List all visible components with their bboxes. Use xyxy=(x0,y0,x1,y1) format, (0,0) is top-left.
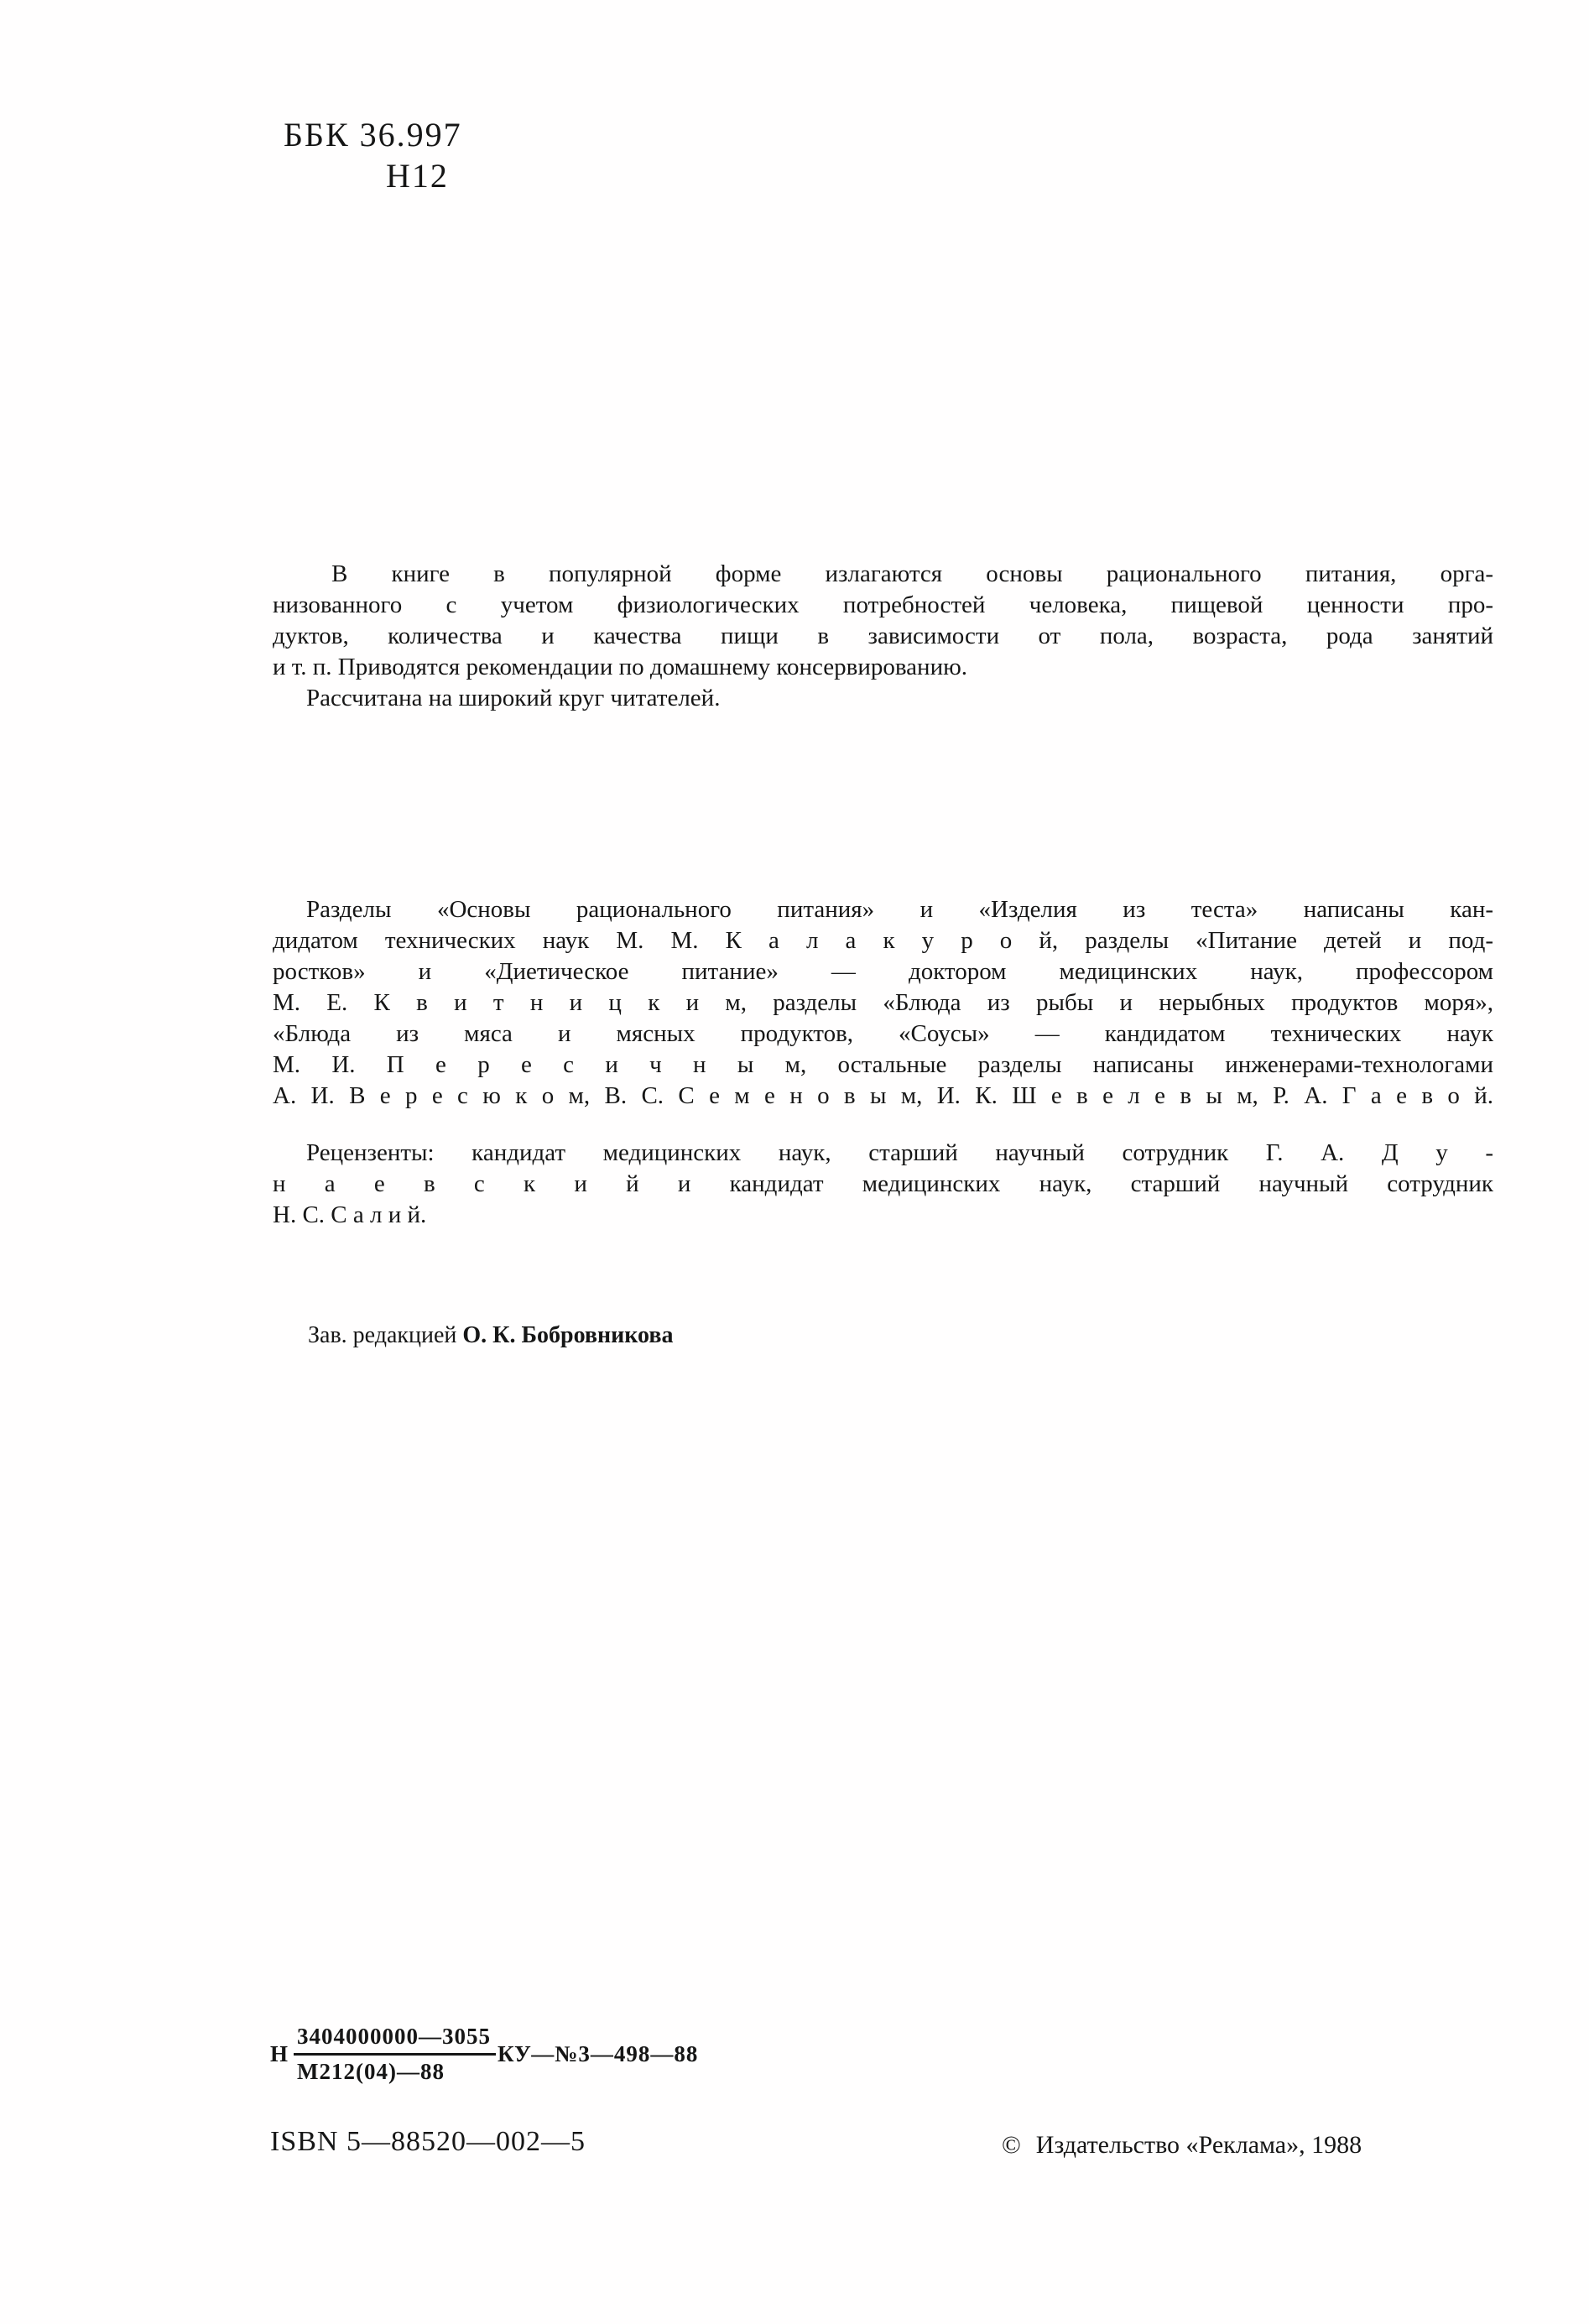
imprint-denominator: М212(04)—88 xyxy=(294,2056,450,2085)
text-line: В книге в популярной форме излагаются ос… xyxy=(273,559,1493,590)
text-line: А. И. В е р е с ю к о м, В. С. С е м е н… xyxy=(273,1081,1493,1112)
text-line: дуктов, количества и качества пищи в зав… xyxy=(273,621,1493,652)
bbk-code: ББК 36.997 xyxy=(284,114,462,155)
managing-editor-line: Зав. редакцией О. К. Бобровникова xyxy=(273,1322,673,1349)
credits-paragraph: Разделы «Основы рационального питания» и… xyxy=(273,894,1493,1112)
text-line: М. И. П е р е с и ч н ы м, остальные раз… xyxy=(273,1050,1493,1081)
copyright-icon: © xyxy=(1002,2131,1021,2160)
text-line: М. Е. К в и т н и ц к и м, разделы «Блюд… xyxy=(273,987,1493,1019)
text-line: Рецензенты: кандидат медицинских наук, с… xyxy=(273,1138,1493,1169)
text-line: низованного с учетом физиологических пот… xyxy=(273,590,1493,621)
text-line: ростков» и «Диетическое питание» — докто… xyxy=(273,956,1493,987)
catalogue-imprint-formula: Н 3404000000—3055 М212(04)—88 КУ—№3—498—… xyxy=(270,2024,698,2085)
copyright-line: © Издательство «Реклама», 1988 xyxy=(1002,2131,1362,2160)
book-imprint-page: ББК 36.997 Н12 В книге в популярной форм… xyxy=(0,0,1589,2324)
imprint-order-number: КУ—№3—498—88 xyxy=(498,2041,698,2067)
reviewers-paragraph: Рецензенты: кандидат медицинских наук, с… xyxy=(273,1138,1493,1231)
publisher-name: Издательство «Реклама», 1988 xyxy=(1036,2131,1362,2160)
isbn-line: ISBN 5—88520—002—5 xyxy=(270,2126,586,2158)
imprint-prefix: Н xyxy=(270,2041,289,2067)
editor-role-label: Зав. редакцией xyxy=(308,1322,462,1348)
text-line: и т. п. Приводятся рекомендации по домаш… xyxy=(273,652,1493,683)
text-line: Разделы «Основы рационального питания» и… xyxy=(273,894,1493,925)
editor-name: О. К. Бобровникова xyxy=(462,1322,673,1348)
imprint-numerator: 3404000000—3055 xyxy=(294,2024,496,2056)
text-line: Н. С. С а л и й. xyxy=(273,1200,1493,1231)
classification-codes: ББК 36.997 Н12 xyxy=(284,114,462,196)
text-line: Рассчитана на широкий круг читателей. xyxy=(273,683,1493,714)
text-line: дидатом технических наук М. М. К а л а к… xyxy=(273,925,1493,956)
text-line: «Блюда из мяса и мясных продуктов, «Соус… xyxy=(273,1019,1493,1050)
text-line: н а е в с к и й и кандидат медицинских н… xyxy=(273,1169,1493,1200)
annotation-paragraph: В книге в популярной форме излагаются ос… xyxy=(273,559,1493,714)
imprint-fraction: 3404000000—3055 М212(04)—88 xyxy=(294,2024,496,2085)
author-sign-code: Н12 xyxy=(386,155,462,196)
